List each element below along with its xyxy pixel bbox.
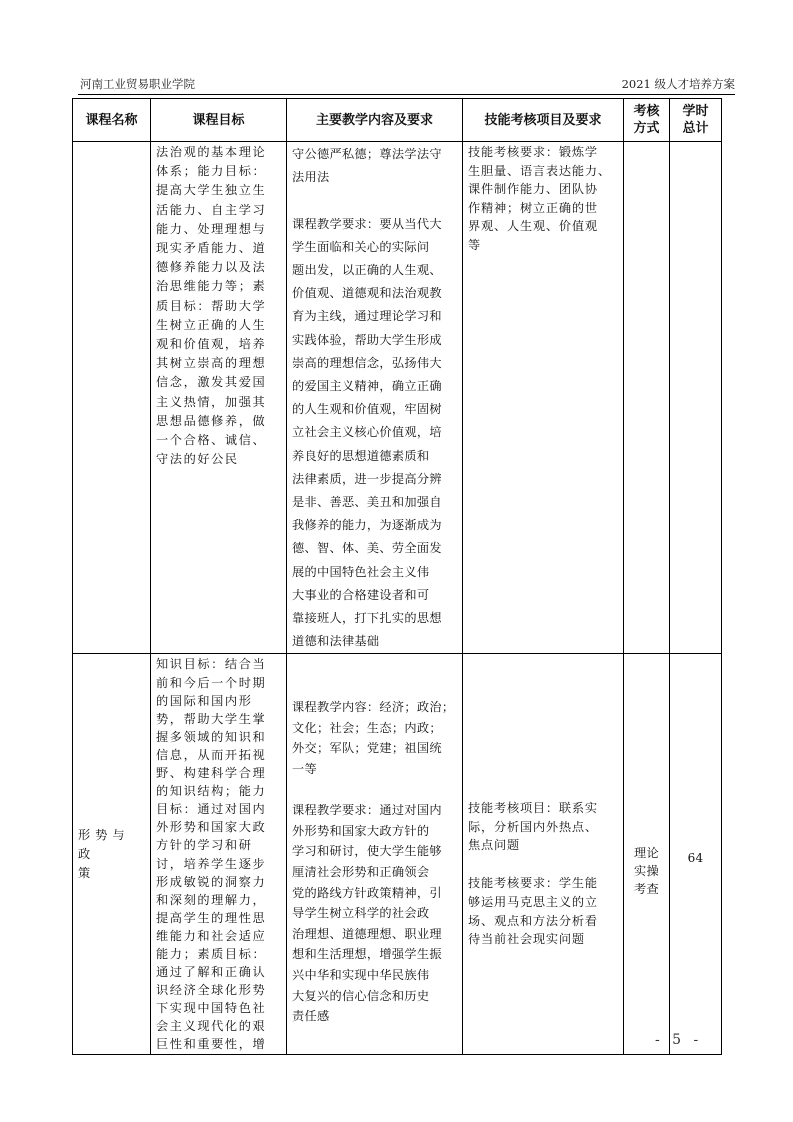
page-number: - 5 - [655,1032,702,1048]
content-cell: 守公德严私德；尊法学法守 法用法 课程教学要求：要从当代大 学生面临和关心的实际… [287,142,463,654]
header-rule [78,94,735,95]
column-header-assessment-method: 考核 方式 [624,99,670,142]
column-header-course-name: 课程名称 [73,99,151,142]
skill-assessment-text: 技能考核项目：联系实 际，分析国内外热点、 焦点问题 技能考核要求：学生能 够运… [463,759,623,949]
table-header-row: 课程名称 课程目标 主要教学内容及要求 技能考核项目及要求 考核 方式 学时 总… [73,99,722,142]
total-hours-cell: 64 [670,654,722,1054]
course-goal-text: 知识目标：结合当 前和今后一个时期 的国际和国内形 势，帮助大学生掌 握多领域的… [151,654,286,1053]
skill-assessment-cell: 技能考核项目：联系实 际，分析国内外热点、 焦点问题 技能考核要求：学生能 够运… [463,654,624,1054]
course-name [73,397,150,398]
column-header-skill-assessment: 技能考核项目及要求 [463,99,624,142]
content-text: 课程教学内容：经济；政治； 文化；社会；生态；内政； 外交；军队；党建；祖国统 … [287,681,462,1027]
column-header-total-hours: 学时 总计 [670,99,722,142]
course-name-cell: 形势与政 策 [73,654,151,1054]
course-goal-cell: 知识目标：结合当 前和今后一个时期 的国际和国内形 势，帮助大学生掌 握多领域的… [151,654,287,1054]
content-cell: 课程教学内容：经济；政治； 文化；社会；生态；内政； 外交；军队；党建；祖国统 … [287,654,463,1054]
assessment-method-text [624,397,669,398]
total-hours-text [670,397,721,398]
table-row: 法治观的基本理论 体系；能力目标： 提高大学生独立生 活能力、自主学习 能力、处… [73,142,722,654]
assessment-method-cell: 理论 实操 考查 [624,654,670,1054]
skill-assessment-cell: 技能考核要求：锻炼学 生胆量、语言表达能力、 课件制作能力、团队协 作精神；树立… [463,142,624,654]
course-name-cell [73,142,151,654]
total-hours-cell [670,142,722,654]
header-document-title: 2021 级人才培养方案 [622,76,735,92]
total-hours-text: 64 [670,841,721,867]
assessment-method-cell [624,142,670,654]
table-row: 形势与政 策 知识目标：结合当 前和今后一个时期 的国际和国内形 势，帮助大学生… [73,654,722,1054]
column-header-course-goal: 课程目标 [151,99,287,142]
assessment-method-text: 理论 实操 考查 [624,810,669,898]
curriculum-table: 课程名称 课程目标 主要教学内容及要求 技能考核项目及要求 考核 方式 学时 总… [72,98,722,1055]
course-goal-text: 法治观的基本理论 体系；能力目标： 提高大学生独立生 活能力、自主学习 能力、处… [151,142,286,469]
course-name: 形势与政 策 [73,825,150,883]
content-text: 守公德严私德；尊法学法守 法用法 课程教学要求：要从当代大 学生面临和关心的实际… [287,142,462,653]
column-header-content: 主要教学内容及要求 [287,99,463,142]
skill-assessment-text: 技能考核要求：锻炼学 生胆量、语言表达能力、 课件制作能力、团队协 作精神；树立… [463,142,623,255]
header-institution: 河南工业贸易职业学院 [80,76,195,92]
course-goal-cell: 法治观的基本理论 体系；能力目标： 提高大学生独立生 活能力、自主学习 能力、处… [151,142,287,654]
